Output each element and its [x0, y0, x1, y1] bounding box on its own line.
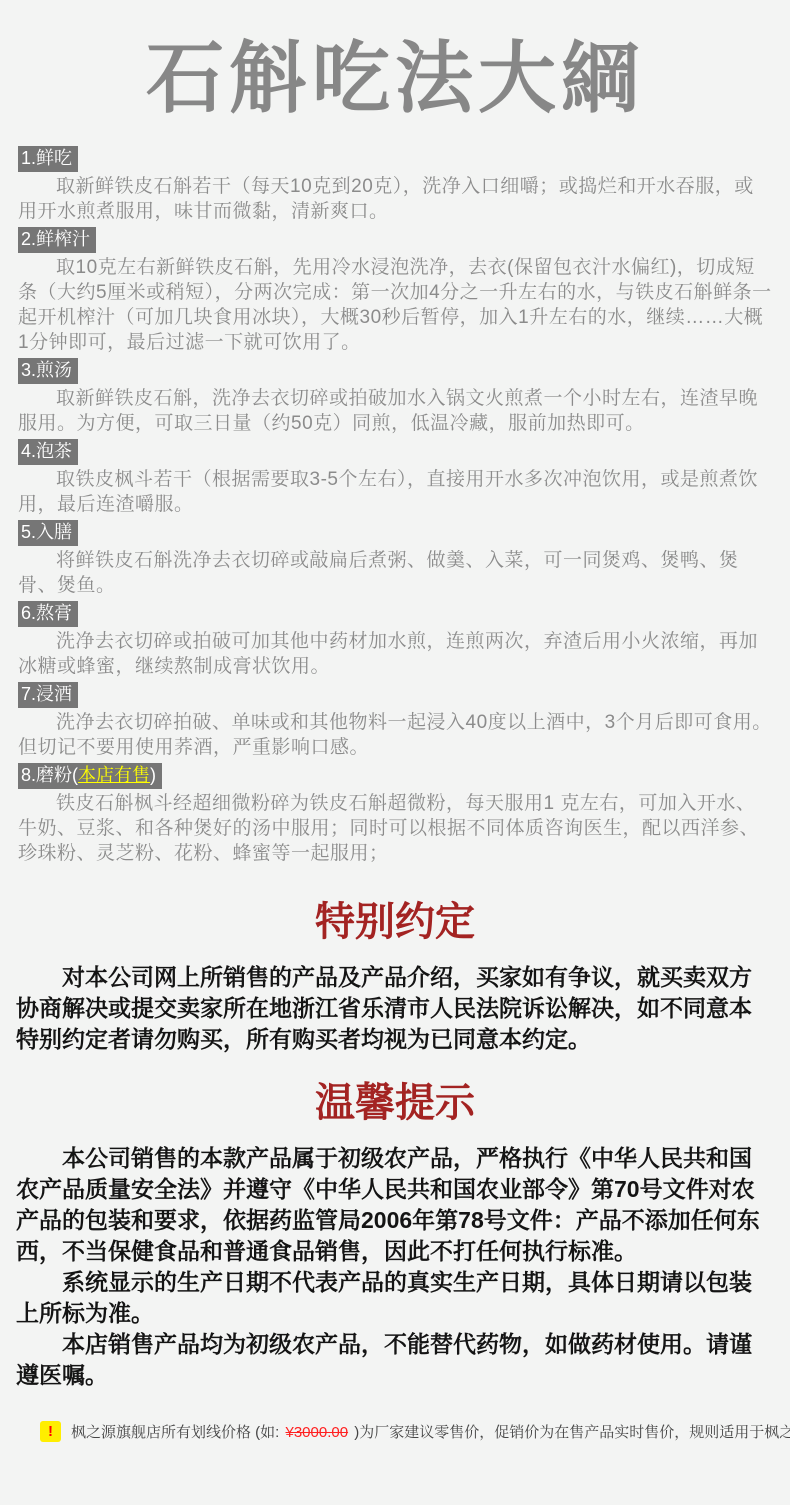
warm-tips-heading: 温馨提示	[0, 1081, 790, 1125]
section-label-badge: 1.鲜吃	[18, 146, 78, 172]
section-label-badge: 5.入膳	[18, 520, 78, 546]
page-title: 石斛吃法大綱	[0, 36, 790, 122]
section-label-badge: 3.煎汤	[18, 358, 78, 384]
section-text: 洗净去衣切碎拍破、单味或和其他物料一起浸入40度以上酒中，3个月后即可食用。但切…	[18, 710, 772, 760]
section-label-badge: 8.磨粉(本店有售)	[18, 763, 162, 789]
section-text: 将鲜铁皮石斛洗净去衣切碎或敲扁后煮粥、做羹、入菜，可一同煲鸡、煲鸭、煲骨、煲鱼。	[18, 548, 772, 598]
warm-tips-paragraph: 本店销售产品均为初级农产品，不能替代药物，如做药材使用。请谨遵医嘱。	[0, 1329, 790, 1391]
section-tea: 4.泡茶 取铁皮枫斗若干（根据需要取3-5个左右），直接用开水多次冲泡饮用，或是…	[18, 439, 772, 517]
section-label-badge: 6.熬膏	[18, 601, 78, 627]
special-agreement-body: 对本公司网上所销售的产品及产品介绍，买家如有争议，就买卖双方协商解决或提交卖家所…	[0, 962, 790, 1055]
special-agreement-heading: 特别约定	[0, 900, 790, 944]
section-paste: 6.熬膏 洗净去衣切碎或拍破可加其他中药材加水煎，连煎两次，弃渣后用小火浓缩，再…	[18, 601, 772, 679]
warm-tips-paragraph: 系统显示的生产日期不代表产品的真实生产日期，具体日期请以包装上所标为准。	[0, 1267, 790, 1329]
section-text: 取铁皮枫斗若干（根据需要取3-5个左右），直接用开水多次冲泡饮用，或是煎煮饮用，…	[18, 467, 772, 517]
section-cooking: 5.入膳 将鲜铁皮石斛洗净去衣切碎或敲扁后煮粥、做羹、入菜，可一同煲鸡、煲鸭、煲…	[18, 520, 772, 598]
price-disclaimer: ! 枫之源旗舰店所有划线价格 (如: ¥3000.00 )为厂家建议零售价，促销…	[40, 1421, 790, 1442]
section-label-close: )	[150, 765, 156, 785]
section-decoction: 3.煎汤 取新鲜铁皮石斛，洗净去衣切碎或拍破加水入锅文火煎煮一个小时左右，连渣早…	[18, 358, 772, 436]
page: 石斛吃法大綱 1.鲜吃 取新鲜铁皮石斛若干（每天10克到20克），洗净入口细嚼；…	[0, 36, 790, 1442]
section-text: 洗净去衣切碎或拍破可加其他中药材加水煎，连煎两次，弃渣后用小火浓缩，再加冰糖或蜂…	[18, 629, 772, 679]
section-wine: 7.浸酒 洗净去衣切碎拍破、单味或和其他物料一起浸入40度以上酒中，3个月后即可…	[18, 682, 772, 760]
section-text: 取10克左右新鲜铁皮石斛，先用冷水浸泡洗净，去衣(保留包衣汁水偏红)，切成短条（…	[18, 255, 772, 355]
usage-sections: 1.鲜吃 取新鲜铁皮石斛若干（每天10克到20克），洗净入口细嚼；或捣烂和开水吞…	[0, 146, 790, 866]
price-disclaimer-text: 枫之源旗舰店所有划线价格 (如: ¥3000.00 )为厂家建议零售价，促销价为…	[71, 1421, 790, 1442]
section-fresh-juice: 2.鲜榨汁 取10克左右新鲜铁皮石斛，先用冷水浸泡洗净，去衣(保留包衣汁水偏红)…	[18, 227, 772, 355]
section-label-badge: 2.鲜榨汁	[18, 227, 96, 253]
warm-tips-paragraph: 本公司销售的本款产品属于初级农产品，严格执行《中华人民共和国农产品质量安全法》并…	[0, 1143, 790, 1267]
store-sale-highlight: 本店有售	[78, 765, 150, 785]
disclaimer-suffix: )为厂家建议零售价，促销价为在售产品实时售价，规则适用于枫之源旗舰店所有产品.	[350, 1424, 790, 1441]
section-text: 取新鲜铁皮石斛若干（每天10克到20克），洗净入口细嚼；或捣烂和开水吞服，或用开…	[18, 174, 772, 224]
section-text: 取新鲜铁皮石斛，洗净去衣切碎或拍破加水入锅文火煎煮一个小时左右，连渣早晚服用。为…	[18, 386, 772, 436]
section-label-badge: 7.浸酒	[18, 682, 78, 708]
disclaimer-prefix: 枫之源旗舰店所有划线价格 (如:	[71, 1424, 284, 1441]
section-text: 铁皮石斛枫斗经超细微粉碎为铁皮石斛超微粉，每天服用1 克左右，可加入开水、牛奶、…	[18, 791, 772, 866]
section-powder: 8.磨粉(本店有售) 铁皮石斛枫斗经超细微粉碎为铁皮石斛超微粉，每天服用1 克左…	[18, 763, 772, 866]
exclamation-icon: !	[40, 1421, 61, 1442]
section-fresh-eating: 1.鲜吃 取新鲜铁皮石斛若干（每天10克到20克），洗净入口细嚼；或捣烂和开水吞…	[18, 146, 772, 224]
section-label-text: 8.磨粉(	[21, 765, 78, 785]
strikethrough-price: ¥3000.00	[286, 1424, 349, 1441]
section-label-badge: 4.泡茶	[18, 439, 78, 465]
